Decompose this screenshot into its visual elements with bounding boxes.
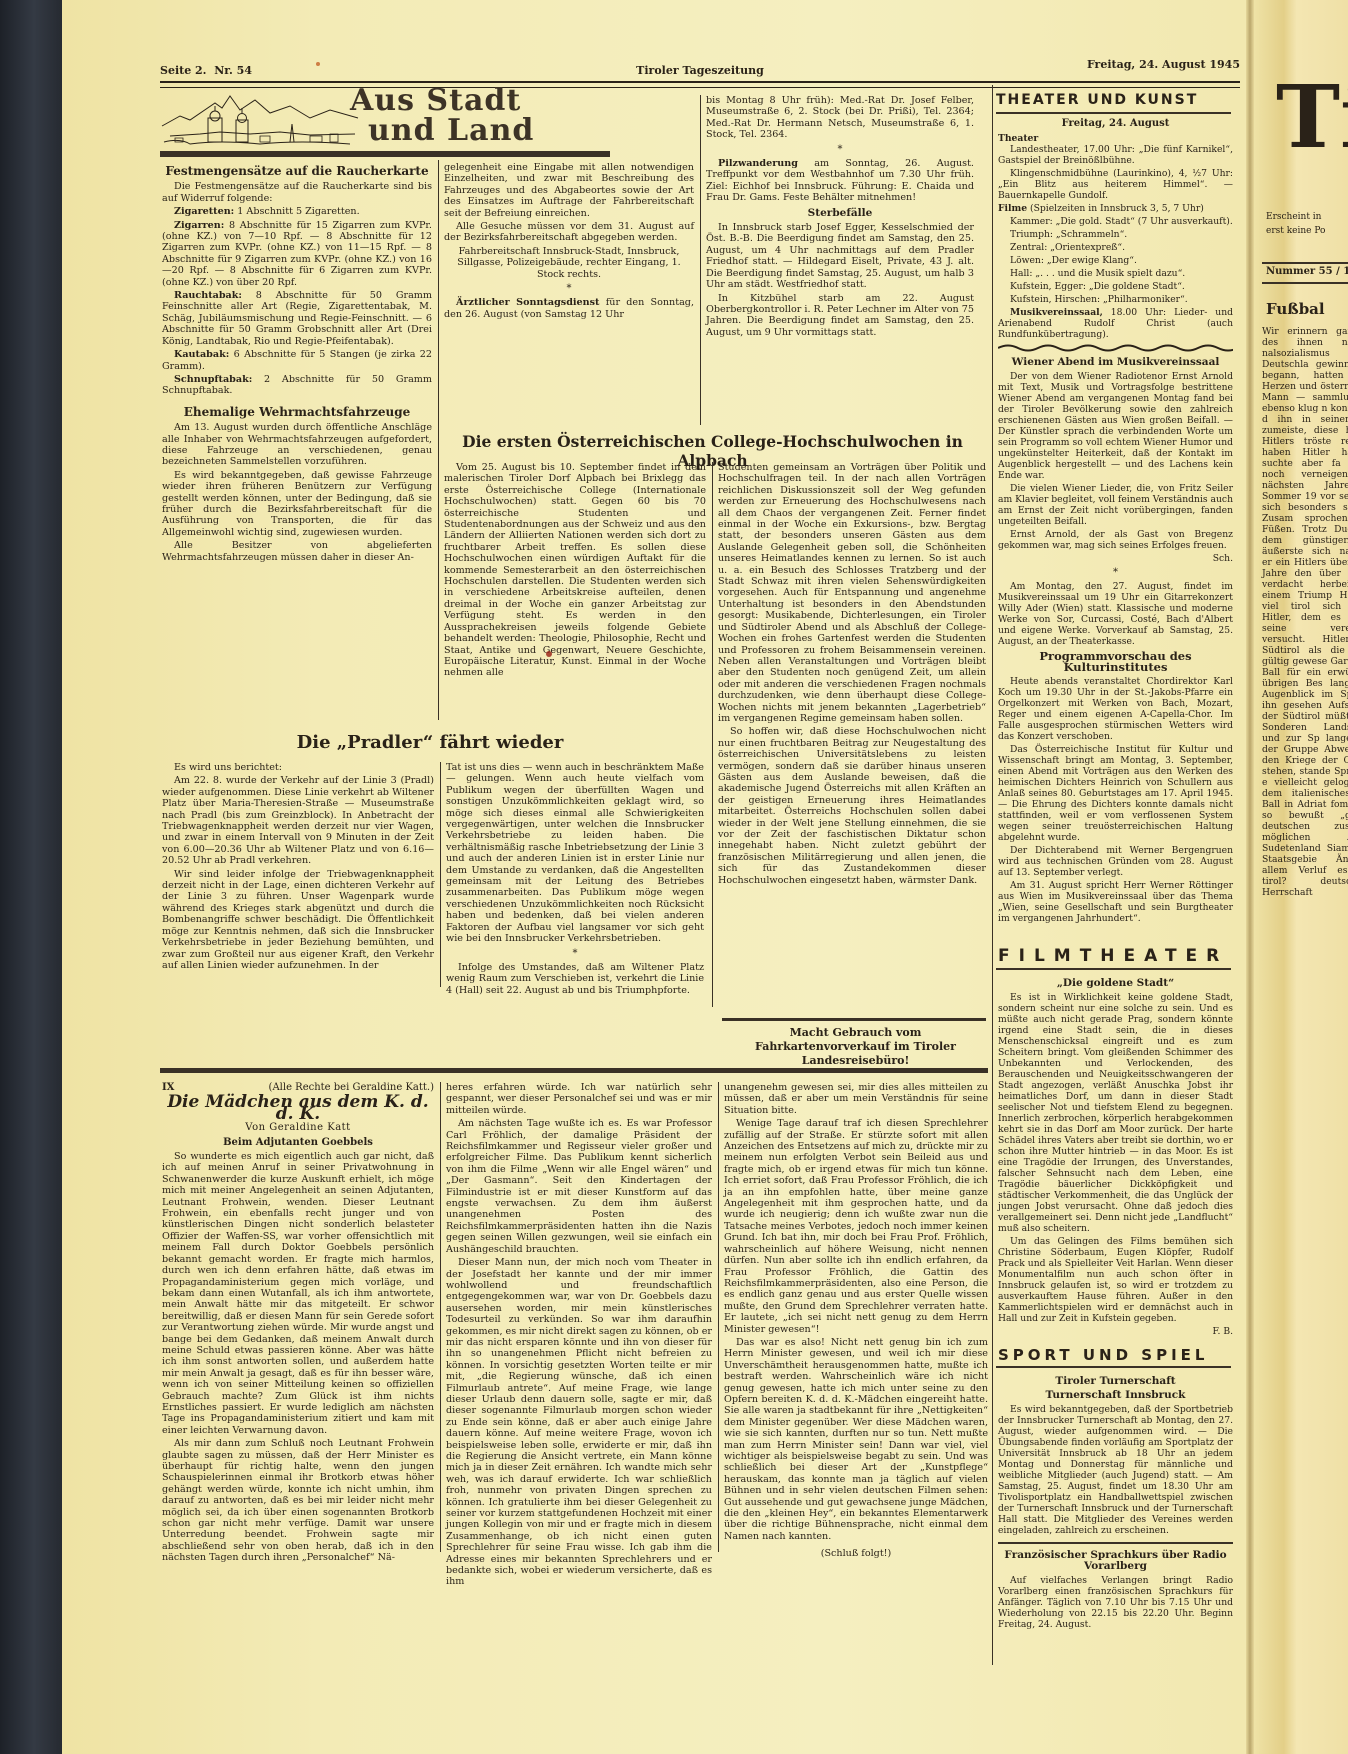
wavy-divider-icon [998, 343, 1233, 353]
article-heading: Ehemalige Wehrmachtsfahrzeuge [162, 407, 432, 418]
filmtheater-section-head: FILMTHEATER [998, 946, 1238, 966]
column-notices: bis Montag 8 Uhr früh): Med.-Rat Dr. Jos… [706, 95, 974, 340]
title-rule [160, 151, 610, 157]
separator-star: * [706, 144, 974, 155]
serial-rule [160, 1068, 988, 1073]
separator-star: * [444, 283, 694, 294]
column-divider [712, 462, 713, 1007]
serial-chapter: Beim Adjutanten Goebbels [162, 1137, 434, 1148]
film-listing: Triumph: „Schrammeln“. [998, 229, 1233, 240]
pradler-right-column: Tat ist uns dies — wenn auch in beschrän… [446, 762, 704, 998]
column-divider [700, 95, 701, 425]
column-smoker-card: Festmengensätze auf die Raucherkarte Die… [162, 162, 432, 565]
ink-stain [316, 62, 320, 66]
film-listing: Hall: „. . . und die Musik spielt dazu“. [998, 268, 1233, 279]
pradler-headline: Die „Pradler“ fährt wieder [170, 732, 690, 753]
theater-section-head: THEATER UND KUNST [996, 92, 1236, 108]
separator-star: * [446, 948, 704, 959]
serial-author: Von Geraldine Katt [162, 1122, 434, 1133]
paper-name: Tiroler Tageszeitung [160, 64, 1240, 77]
sport-column: Tiroler Turnerschaft Turnerschaft Innsbr… [998, 1372, 1233, 1632]
next-page-fragment: Ti Erscheint in erst keine Po Nummer 55 … [1254, 0, 1348, 1754]
serial-title: Die Mädchen aus dem K. d. d. K. [162, 1097, 434, 1120]
next-page-title: Ti [1276, 75, 1348, 161]
item-zigaretten: Zigaretten: 1 Abschnitt 5 Zigaretten. [162, 206, 432, 217]
masthead: Seite 2. Nr. 54 Tiroler Tageszeitung Fre… [160, 62, 1240, 80]
alpbach-left-column: Vom 25. August bis 10. September findet … [444, 462, 706, 681]
article-heading: Sterbefälle [706, 208, 974, 219]
section-rule [996, 1366, 1231, 1368]
item-schnupftabak: Schnupftabak: 2 Abschnitte für 50 Gramm … [162, 374, 432, 397]
theater-column: Freitag, 24. August Theater Landestheate… [998, 118, 1233, 926]
section-rule [996, 112, 1231, 114]
book-binding [0, 0, 62, 1754]
film-listing: Zentral: „Orientexpreß“. [998, 242, 1233, 253]
column-divider [440, 762, 441, 987]
separator-star: * [998, 567, 1233, 578]
ink-stain [546, 651, 552, 657]
column-fahrbereitschaft: gelegenheit eine Eingabe mit allen notwe… [444, 162, 694, 322]
article-heading: Festmengensätze auf die Raucherkarte [162, 166, 432, 177]
serial-column-2: heres erfahren würde. Ich war natürlich … [446, 1082, 712, 1590]
film-listing: Löwen: „Der ewige Klang“. [998, 255, 1233, 266]
serial-column-1: IX (Alle Rechte bei Geraldine Katt.) Die… [162, 1082, 434, 1566]
ticket-presale-ad: Macht Gebrauch vom Fahrkartenvorverkauf … [728, 1026, 983, 1068]
film-listing: Kufstein, Egger: „Die goldene Stadt“. [998, 281, 1233, 292]
serial-column-3: unangenehm gewesen sei, mir dies alles m… [724, 1082, 988, 1562]
masthead-rule [160, 81, 1240, 88]
alpbach-right-column: Studenten gemeinsam an Vorträgen über Po… [718, 462, 986, 888]
item-zigarren: Zigarren: 8 Abschnitte für 15 Zigarren z… [162, 220, 432, 288]
ad-box-rule [722, 1018, 986, 1021]
item-kautabak: Kautabak: 6 Abschnitte für 5 Stangen (je… [162, 349, 432, 372]
item-rauchtabak: Rauchtabak: 8 Abschnitte für 50 Gramm Fe… [162, 290, 432, 347]
column-divider [992, 85, 993, 1665]
issue-date: Freitag, 24. August 1945 [1087, 58, 1240, 71]
film-listing: Kufstein, Hirschen: „Philharmoniker“. [998, 294, 1233, 305]
filmtheater-column: „Die goldene Stadt“ Es ist in Wirklichke… [998, 974, 1233, 1339]
column-divider [718, 1082, 719, 1552]
column-divider [440, 1082, 441, 1552]
section-rule [996, 968, 1231, 970]
section-title: Aus Stadt und Land [350, 86, 620, 146]
column-divider [438, 160, 439, 720]
film-listing: Kammer: „Die gold. Stadt“ (7 Uhr ausverk… [998, 216, 1233, 227]
pradler-left-column: Es wird uns berichtet: Am 22. 8. wurde d… [162, 762, 434, 973]
sport-section-head: SPORT UND SPIEL [998, 1346, 1238, 1364]
innsbruck-skyline-icon [160, 88, 360, 150]
to-be-continued: (Schluß folgt!) [724, 1548, 988, 1559]
section-title-block: Aus Stadt und Land [160, 88, 620, 150]
page-fold [1246, 0, 1254, 1754]
